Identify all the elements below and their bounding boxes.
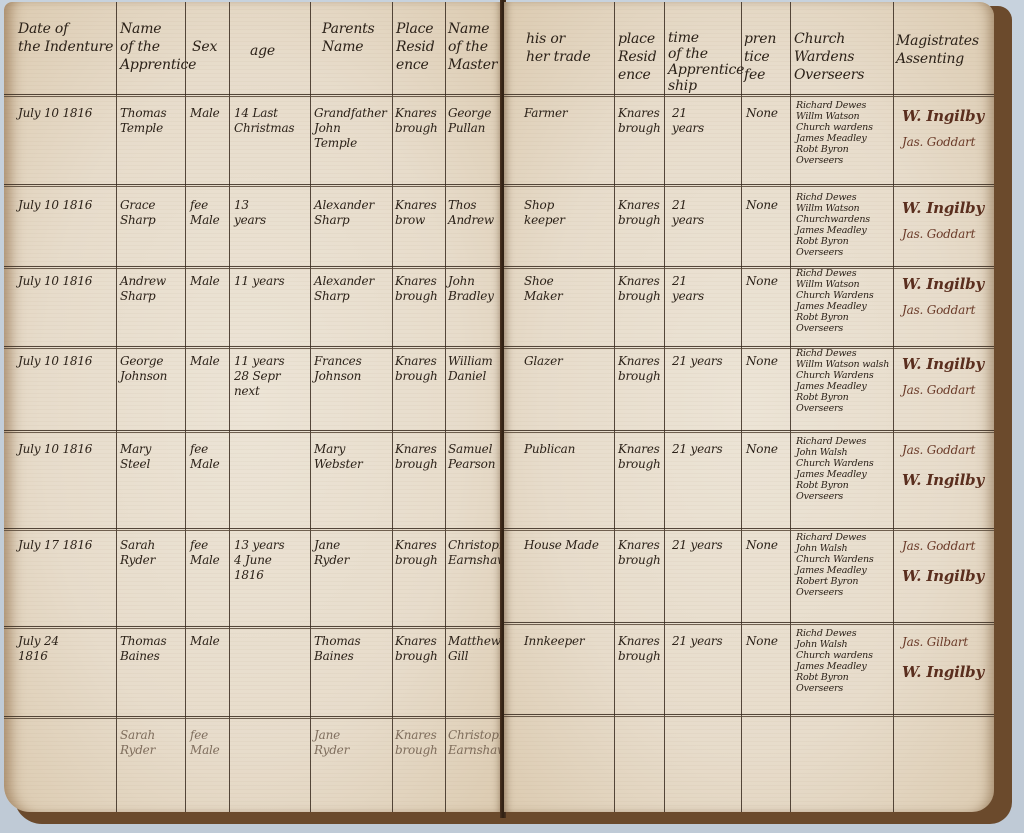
entry-master: Samuel Pearson xyxy=(448,442,502,472)
entry-residence: Knares brough xyxy=(395,728,447,758)
entry-date: July 24 1816 xyxy=(18,634,116,664)
entry-sex: fee Male xyxy=(190,198,230,228)
entry-residence: Knares brough xyxy=(395,106,447,136)
entry-sex: Male xyxy=(190,354,230,369)
magistrate-signature: W. Ingilby xyxy=(902,354,994,374)
entry-fee: None xyxy=(746,442,792,457)
entry-parents: Mary Webster xyxy=(314,442,394,472)
entry-age: 14 Last Christmas xyxy=(234,106,310,136)
entry-residence: Knares brough xyxy=(395,274,447,304)
row-divider xyxy=(4,94,502,97)
entry-wardens: Richd Dewes Willm Watson Churchwardens J… xyxy=(796,192,894,258)
column-divider xyxy=(229,2,230,812)
entry-term: 21 years xyxy=(672,442,742,457)
row-divider xyxy=(504,266,994,269)
column-divider xyxy=(790,2,791,812)
entry-residence: Knares brough xyxy=(395,442,447,472)
entry-master-residence: Knares brough xyxy=(618,198,666,228)
entry-apprentice: Andrew Sharp xyxy=(120,274,186,304)
row-divider xyxy=(4,184,502,187)
entry-age: 13 years 4 June 1816 xyxy=(234,538,310,583)
entry-date: July 10 1816 xyxy=(18,274,116,289)
entry-parents: Grandfather John Temple xyxy=(314,106,394,151)
entry-trade: Innkeeper xyxy=(524,634,614,649)
row-divider xyxy=(504,714,994,717)
row-divider xyxy=(504,94,994,97)
magistrate-signature: W. Ingilby xyxy=(902,566,994,586)
entry-master-residence: Knares brough xyxy=(618,442,666,472)
entry-master-residence: Knares brough xyxy=(618,106,666,136)
header-date: Date of the Indenture xyxy=(18,20,116,56)
row-divider xyxy=(4,528,502,531)
entry-apprentice: Sarah Ryder xyxy=(120,728,186,758)
left-page: Date of the Indenture Name of the Appren… xyxy=(4,2,502,812)
header-fee: pren tice fee xyxy=(744,30,790,84)
row-divider xyxy=(4,346,502,349)
entry-trade: Glazer xyxy=(524,354,614,369)
entry-trade: Farmer xyxy=(524,106,614,121)
header-apprentice-name: Name of the Apprentice xyxy=(120,20,186,74)
header-master-name: Name of the Master xyxy=(448,20,502,74)
entry-date: July 17 1816 xyxy=(18,538,116,553)
magistrate-signature: Jas. Goddart xyxy=(902,302,994,318)
row-divider xyxy=(504,528,994,531)
entry-term: 21 years xyxy=(672,106,742,136)
entry-master: Christopr Earnshaw xyxy=(448,728,502,758)
magistrate-signature: Jas. Goddart xyxy=(902,382,994,398)
header-parents-name: Parents Name xyxy=(322,20,394,56)
entry-sex: fee Male xyxy=(190,728,230,758)
entry-parents: Jane Ryder xyxy=(314,728,394,758)
magistrate-signature: Jas. Goddart xyxy=(902,134,994,150)
row-divider xyxy=(504,622,994,625)
header-sex: Sex xyxy=(192,38,232,56)
entry-term: 21 years xyxy=(672,634,742,649)
entry-parents: Alexander Sharp xyxy=(314,274,394,304)
entry-master-residence: Knares brough xyxy=(618,538,666,568)
entry-apprentice: Thomas Temple xyxy=(120,106,186,136)
entry-residence: Knares brow xyxy=(395,198,447,228)
entry-master: George Pullan xyxy=(448,106,502,136)
row-divider xyxy=(4,626,502,629)
entry-wardens: Richard Dewes John Walsh Church Wardens … xyxy=(796,532,894,598)
entry-sex: Male xyxy=(190,274,230,289)
entry-fee: None xyxy=(746,106,792,121)
magistrate-signature: W. Ingilby xyxy=(902,470,994,490)
right-page: his or her trade place Resid ence time o… xyxy=(504,2,994,812)
entry-term: 21 years xyxy=(672,198,742,228)
entry-fee: None xyxy=(746,634,792,649)
entry-residence: Knares brough xyxy=(395,538,447,568)
entry-fee: None xyxy=(746,538,792,553)
magistrate-signature: Jas. Gilbart xyxy=(902,634,994,650)
header-trade: his or her trade xyxy=(526,30,616,66)
entry-sex: Male xyxy=(190,634,230,649)
entry-term: 21 years xyxy=(672,538,742,553)
magistrate-signature: W. Ingilby xyxy=(902,274,994,294)
row-divider xyxy=(4,716,502,719)
entry-age: 11 years 28 Sepr next xyxy=(234,354,310,399)
entry-sex: fee Male xyxy=(190,538,230,568)
entry-date: July 10 1816 xyxy=(18,354,116,369)
entry-date: July 10 1816 xyxy=(18,106,116,121)
header-master-residence: place Resid ence xyxy=(618,30,666,84)
magistrate-signature: Jas. Goddart xyxy=(902,226,994,242)
entry-fee: None xyxy=(746,274,792,289)
entry-sex: fee Male xyxy=(190,442,230,472)
header-term: time of the Apprentice ship xyxy=(668,30,742,94)
entry-residence: Knares brough xyxy=(395,354,447,384)
entry-master: Thos Andrew xyxy=(448,198,502,228)
entry-master-residence: Knares brough xyxy=(618,354,666,384)
entry-trade: Shoe Maker xyxy=(524,274,614,304)
row-divider xyxy=(504,184,994,187)
entry-fee: None xyxy=(746,354,792,369)
entry-wardens: Richard Dewes Willm Watson Church warden… xyxy=(796,100,894,166)
magistrate-signature: W. Ingilby xyxy=(902,198,994,218)
entry-date: July 10 1816 xyxy=(18,442,116,457)
magistrate-signature: Jas. Goddart xyxy=(902,442,994,458)
entry-master: Matthew Gill xyxy=(448,634,502,664)
entry-parents: Jane Ryder xyxy=(314,538,394,568)
entry-apprentice: Mary Steel xyxy=(120,442,186,472)
entry-sex: Male xyxy=(190,106,230,121)
entry-parents: Thomas Baines xyxy=(314,634,394,664)
entry-term: 21 years xyxy=(672,354,742,369)
entry-wardens: Richd Dewes John Walsh Church wardens Ja… xyxy=(796,628,894,694)
entry-master: John Bradley xyxy=(448,274,502,304)
row-divider xyxy=(4,430,502,433)
entry-date: July 10 1816 xyxy=(18,198,116,213)
entry-fee: None xyxy=(746,198,792,213)
entry-residence: Knares brough xyxy=(395,634,447,664)
entry-parents: Frances Johnson xyxy=(314,354,394,384)
entry-apprentice: Thomas Baines xyxy=(120,634,186,664)
entry-wardens: Richd Dewes Willm Watson Church Wardens … xyxy=(796,268,894,334)
magistrate-signature: Jas. Goddart xyxy=(902,538,994,554)
header-magistrates: Magistrates Assenting xyxy=(896,32,994,68)
entry-age: 11 years xyxy=(234,274,310,289)
magistrate-signature: W. Ingilby xyxy=(902,106,994,126)
entry-master: Christopr Earnshaw xyxy=(448,538,502,568)
entry-apprentice: Grace Sharp xyxy=(120,198,186,228)
entry-parents: Alexander Sharp xyxy=(314,198,394,228)
entry-master-residence: Knares brough xyxy=(618,274,666,304)
header-place-residence: Place Resid ence xyxy=(396,20,446,74)
row-divider xyxy=(504,430,994,433)
entry-wardens: Richard Dewes John Walsh Church Wardens … xyxy=(796,436,894,502)
header-age: age xyxy=(250,42,310,60)
header-wardens-overseers: Church Wardens Overseers xyxy=(794,30,894,84)
entry-term: 21 years xyxy=(672,274,742,304)
column-divider xyxy=(310,2,311,812)
entry-trade: Publican xyxy=(524,442,614,457)
entry-apprentice: Sarah Ryder xyxy=(120,538,186,568)
column-divider xyxy=(614,2,615,812)
entry-wardens: Richd Dewes Willm Watson walsh Church Wa… xyxy=(796,348,894,414)
row-divider xyxy=(504,346,994,349)
column-divider xyxy=(116,2,117,812)
row-divider xyxy=(4,266,502,269)
entry-trade: House Made xyxy=(524,538,614,553)
entry-age: 13 years xyxy=(234,198,310,228)
entry-trade: Shop keeper xyxy=(524,198,614,228)
entry-master: William Daniel xyxy=(448,354,502,384)
entry-master-residence: Knares brough xyxy=(618,634,666,664)
magistrate-signature: W. Ingilby xyxy=(902,662,994,682)
entry-apprentice: George Johnson xyxy=(120,354,186,384)
